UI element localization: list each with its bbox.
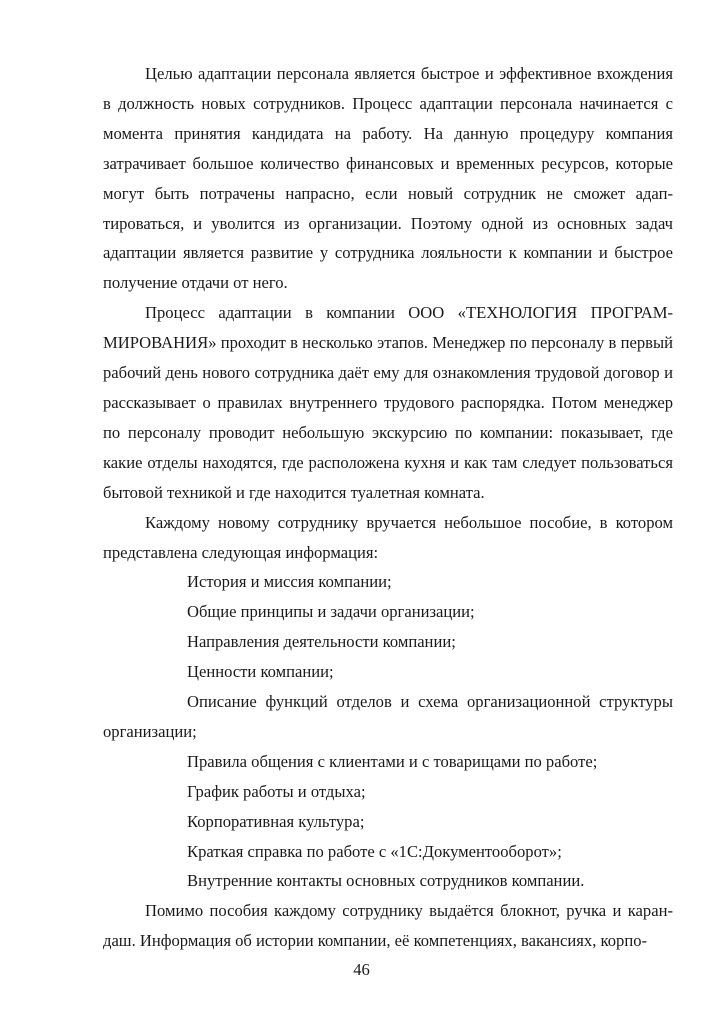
handbook-contents-list: История и миссия компании; Общие принцип…	[103, 567, 673, 896]
list-item: Ценности компании;	[103, 657, 673, 687]
page-number: 46	[0, 960, 723, 980]
list-item: История и миссия компании;	[103, 567, 673, 597]
list-item: Направления деятельности компании;	[103, 627, 673, 657]
paragraph-adaptation-goal: Целью адаптации персонала является быстр…	[103, 59, 673, 298]
list-item: Правила общения с клиентами и с товарища…	[103, 747, 673, 777]
list-item: Общие принципы и задачи организации;	[103, 597, 673, 627]
list-item: Краткая справка по работе с «1С:Документ…	[103, 837, 673, 867]
list-item: Корпоративная культура;	[103, 807, 673, 837]
list-item: Внутренние контакты основных сотрудников…	[103, 866, 673, 896]
list-item: График работы и отдыха;	[103, 777, 673, 807]
paragraph-supplies: Помимо пособия каждому сотруднику выдаёт…	[103, 896, 673, 956]
paragraph-adaptation-process: Процесс адаптации в компании ООО «ТЕХНОЛ…	[103, 298, 673, 507]
document-page-body: Целью адаптации персонала является быстр…	[103, 59, 673, 956]
list-item: Описание функций отделов и схема организ…	[103, 687, 673, 747]
paragraph-handbook-intro: Каждому новому сотруднику вручается небо…	[103, 508, 673, 568]
